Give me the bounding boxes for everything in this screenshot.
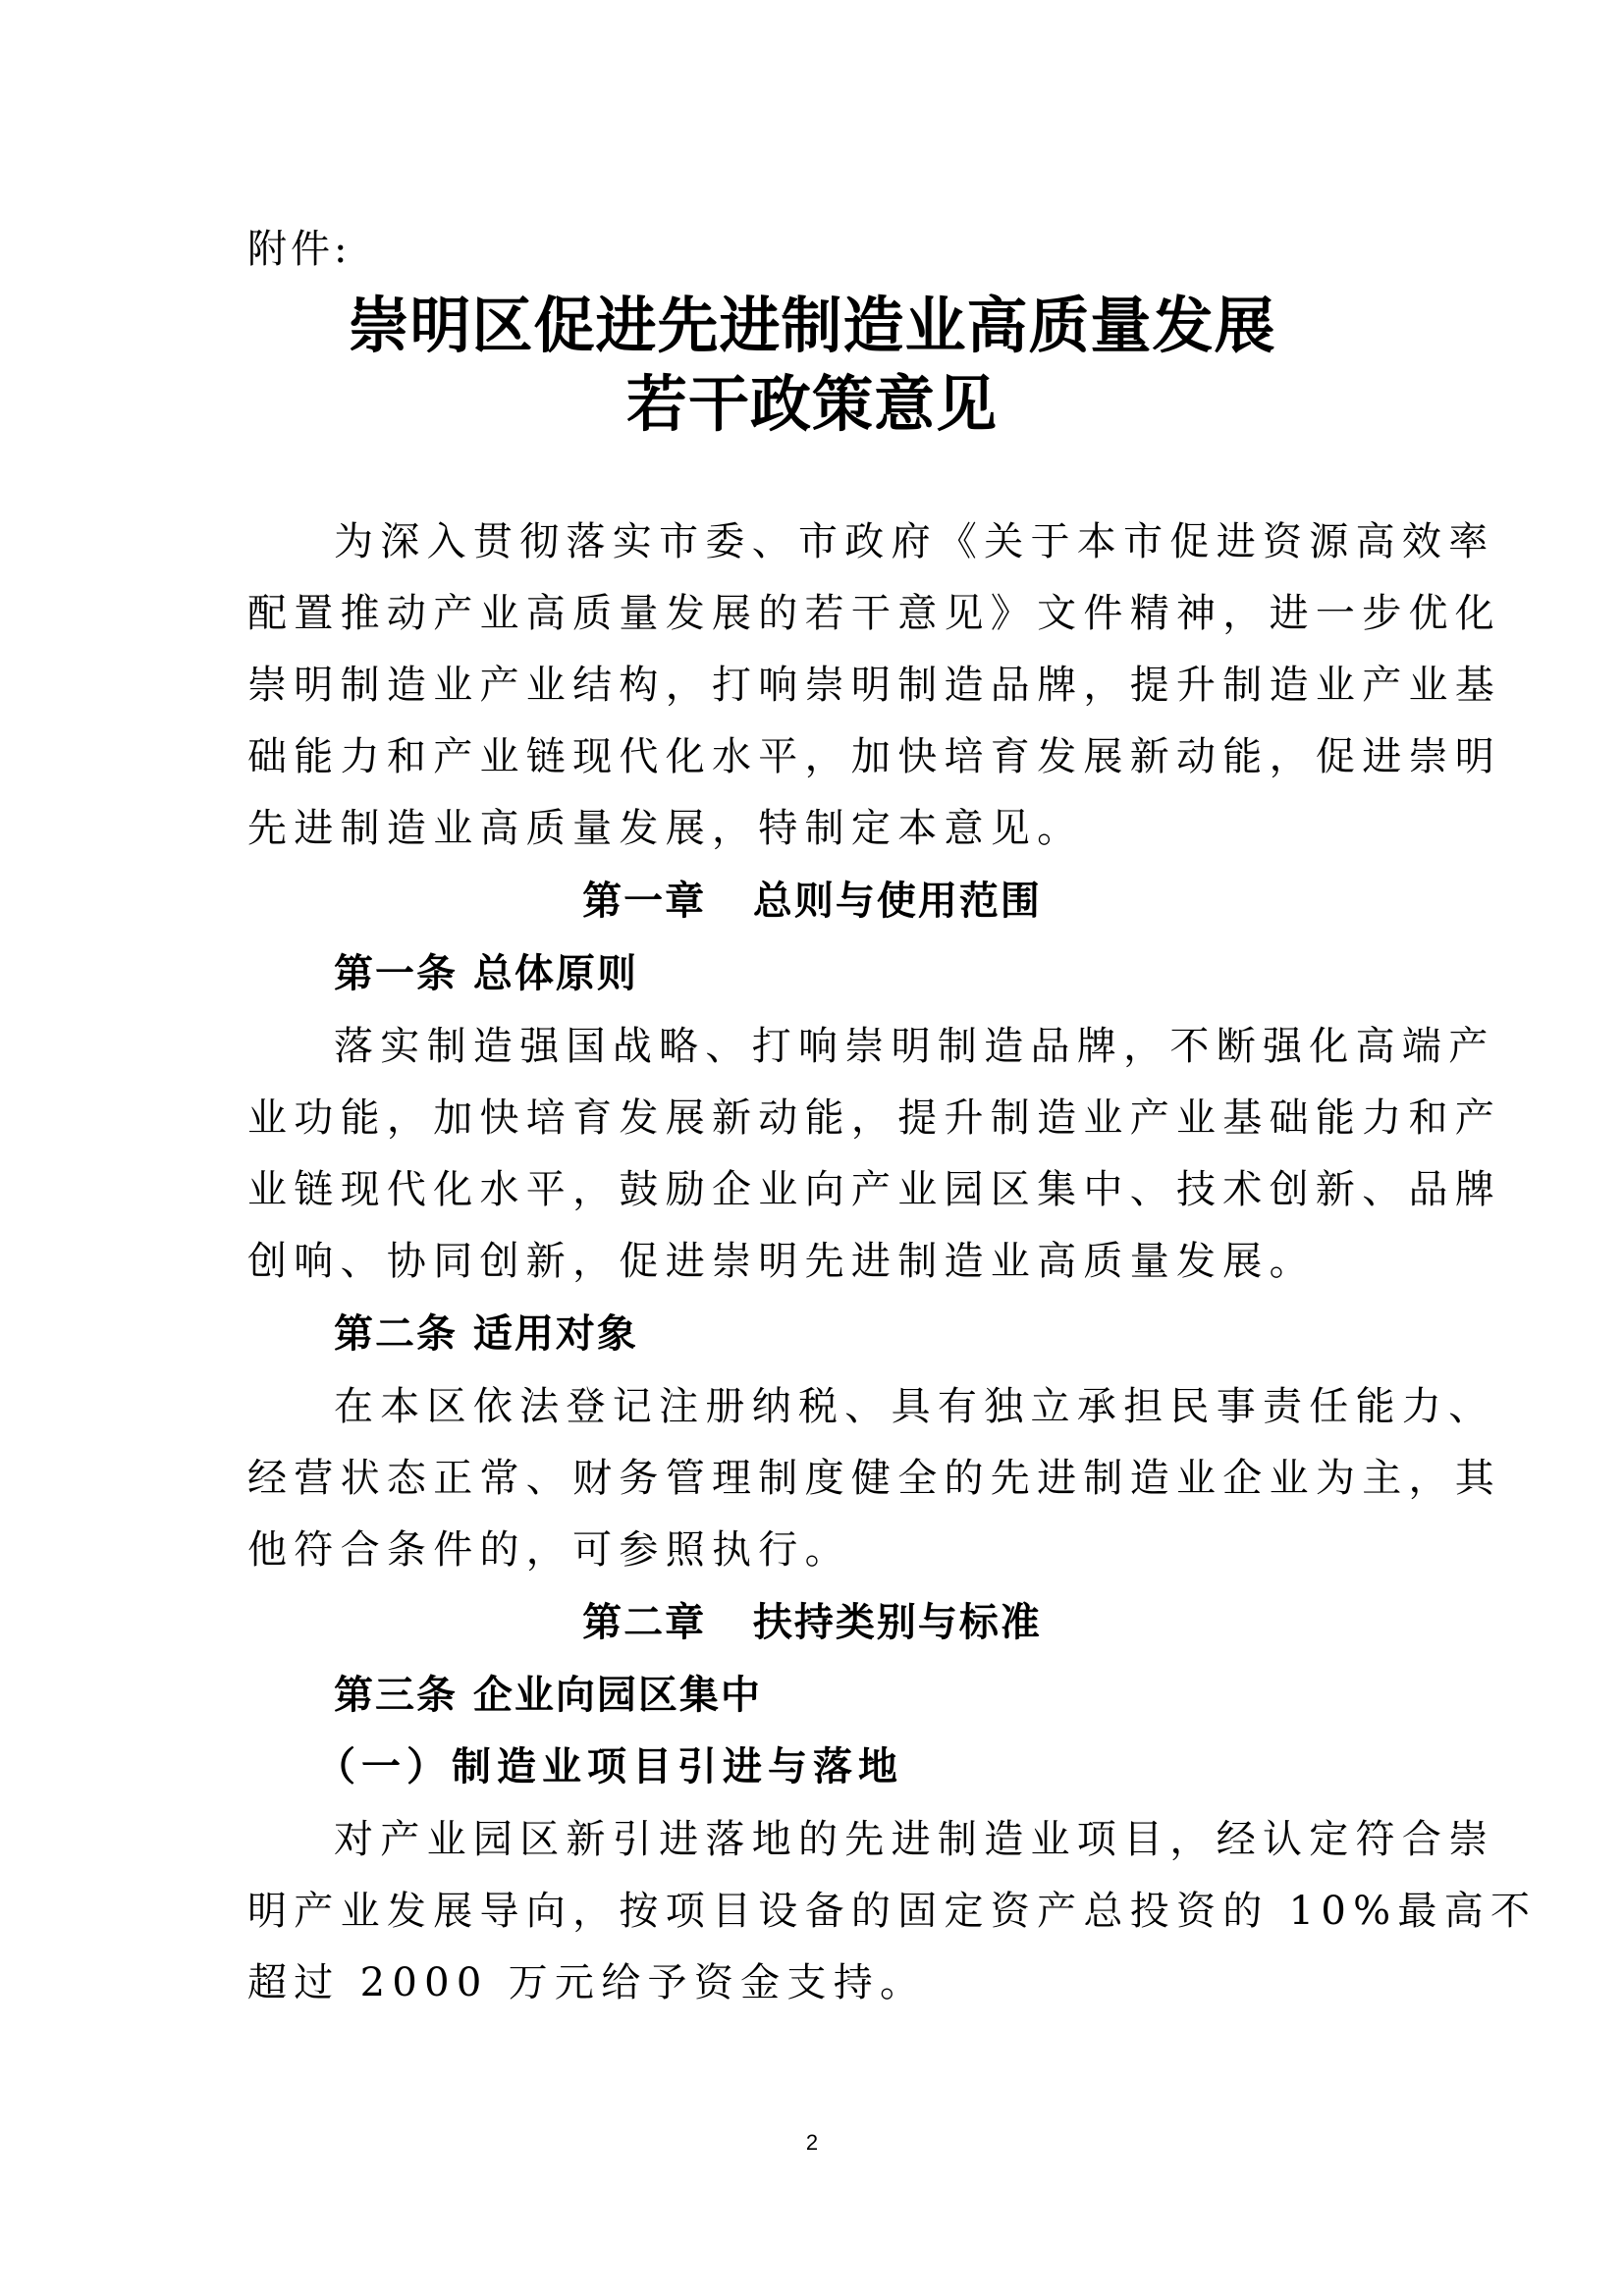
preamble-line: 础能力和产业链现代化水平，加快培育发展新动能，促进崇明 xyxy=(247,725,1426,781)
article-heading: 第二条 适用对象 xyxy=(334,1303,638,1359)
preamble-line: 先进制造业高质量发展，特制定本意见。 xyxy=(247,797,1426,853)
chapter-heading: 第二章 扶持类别与标准 xyxy=(0,1591,1624,1647)
chapter-heading: 第一章 总则与使用范围 xyxy=(0,870,1624,926)
section-subheading: （一）制造业项目引进与落地 xyxy=(316,1735,903,1791)
article-line: 他符合条件的，可参照执行。 xyxy=(247,1519,1426,1575)
article-line: 明产业发展导向，按项目设备的固定资产总投资的 10%最高不 xyxy=(247,1880,1426,1936)
article-line: 超过 2000 万元给予资金支持。 xyxy=(247,1951,1426,2007)
preamble-line: 崇明制造业产业结构，打响崇明制造品牌，提升制造业产业基 xyxy=(247,654,1426,710)
document-title-line1: 崇明区促进先进制造业高质量发展 xyxy=(0,277,1624,364)
preamble-line: 配置推动产业高质量发展的若干意见》文件精神，进一步优化 xyxy=(247,582,1426,638)
article-line: 落实制造强国战略、打响崇明制造品牌，不断强化高端产 xyxy=(334,1015,1512,1071)
page-number: 2 xyxy=(0,2130,1624,2156)
document-page: 附件: 崇明区促进先进制造业高质量发展 若干政策意见 为深入贯彻落实市委、市政府… xyxy=(0,0,1624,2296)
article-heading: 第三条 企业向园区集中 xyxy=(334,1664,762,1720)
article-heading: 第一条 总体原则 xyxy=(334,942,638,998)
article-line: 在本区依法登记注册纳税、具有独立承担民事责任能力、 xyxy=(334,1375,1512,1431)
article-line: 创响、协同创新，促进崇明先进制造业高质量发展。 xyxy=(247,1230,1426,1286)
attachment-label: 附件: xyxy=(247,218,351,274)
article-line: 经营状态正常、财务管理制度健全的先进制造业企业为主，其 xyxy=(247,1447,1426,1503)
article-line: 业链现代化水平，鼓励企业向产业园区集中、技术创新、品牌 xyxy=(247,1158,1426,1214)
preamble-line: 为深入贯彻落实市委、市政府《关于本市促进资源高效率 xyxy=(334,510,1512,566)
article-line: 业功能，加快培育发展新动能，提升制造业产业基础能力和产 xyxy=(247,1087,1426,1143)
article-line: 对产业园区新引进落地的先进制造业项目，经认定符合崇 xyxy=(334,1808,1512,1864)
document-title-line2: 若干政策意见 xyxy=(0,355,1624,443)
